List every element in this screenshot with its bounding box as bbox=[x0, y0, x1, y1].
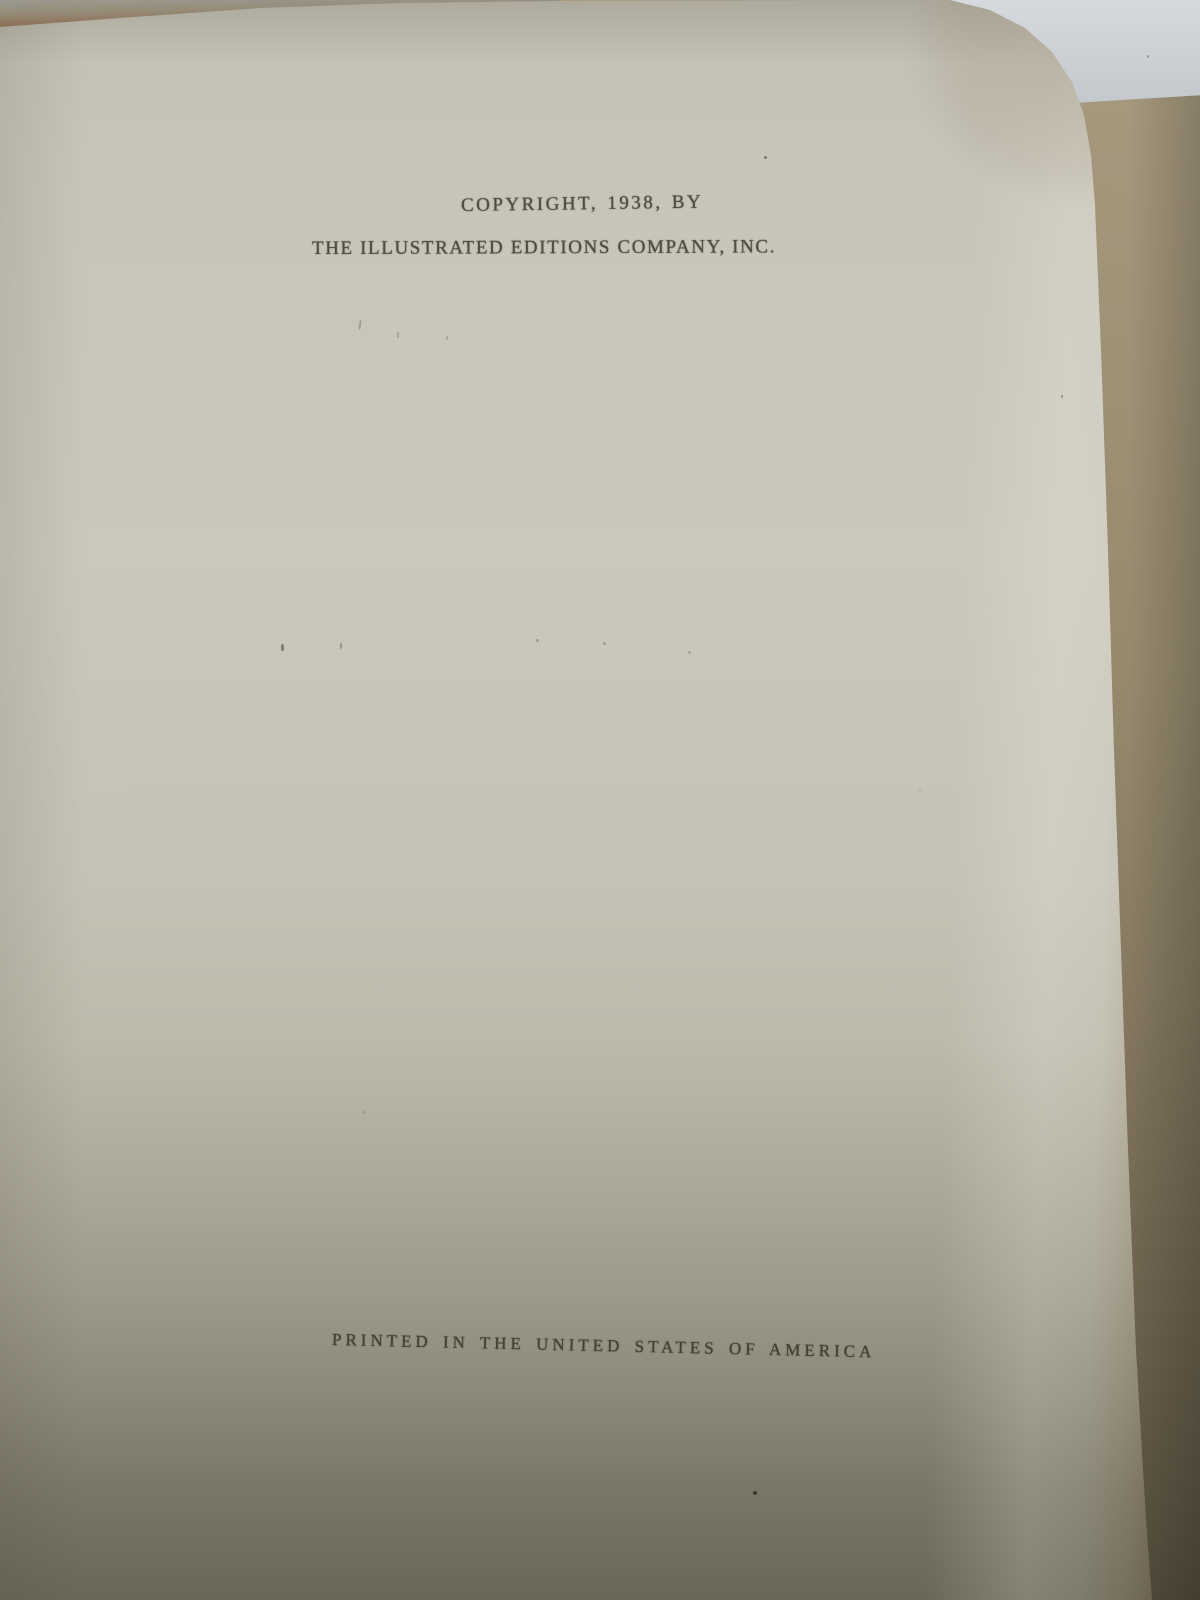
paper-speck bbox=[764, 156, 767, 159]
copyright-line-1: COPYRIGHT, 1938, BY bbox=[461, 192, 704, 217]
book-page: COPYRIGHT, 1938, BY THE ILLUSTRATED EDIT… bbox=[0, 0, 1200, 1600]
dust-speck-gray-corner bbox=[1147, 55, 1149, 58]
printed-in-usa-line: PRINTED IN THE UNITED STATES OF AMERICA bbox=[332, 1330, 876, 1362]
paper-speck bbox=[362, 1111, 365, 1114]
paper-speck bbox=[753, 1491, 757, 1495]
paper-speck bbox=[340, 643, 342, 649]
paper-speck bbox=[536, 639, 539, 642]
paper-speck bbox=[688, 651, 691, 654]
paper-speck bbox=[446, 336, 448, 340]
copyright-line-2: THE ILLUSTRATED EDITIONS COMPANY, INC. bbox=[312, 236, 776, 260]
book-photo: COPYRIGHT, 1938, BY THE ILLUSTRATED EDIT… bbox=[0, 0, 1200, 1600]
paper-speck bbox=[397, 332, 399, 338]
paper-speck bbox=[919, 789, 921, 791]
paper-speck bbox=[1061, 395, 1063, 398]
paper-speck bbox=[603, 642, 606, 645]
paper-speck bbox=[281, 644, 284, 651]
paper-speck bbox=[358, 320, 361, 330]
